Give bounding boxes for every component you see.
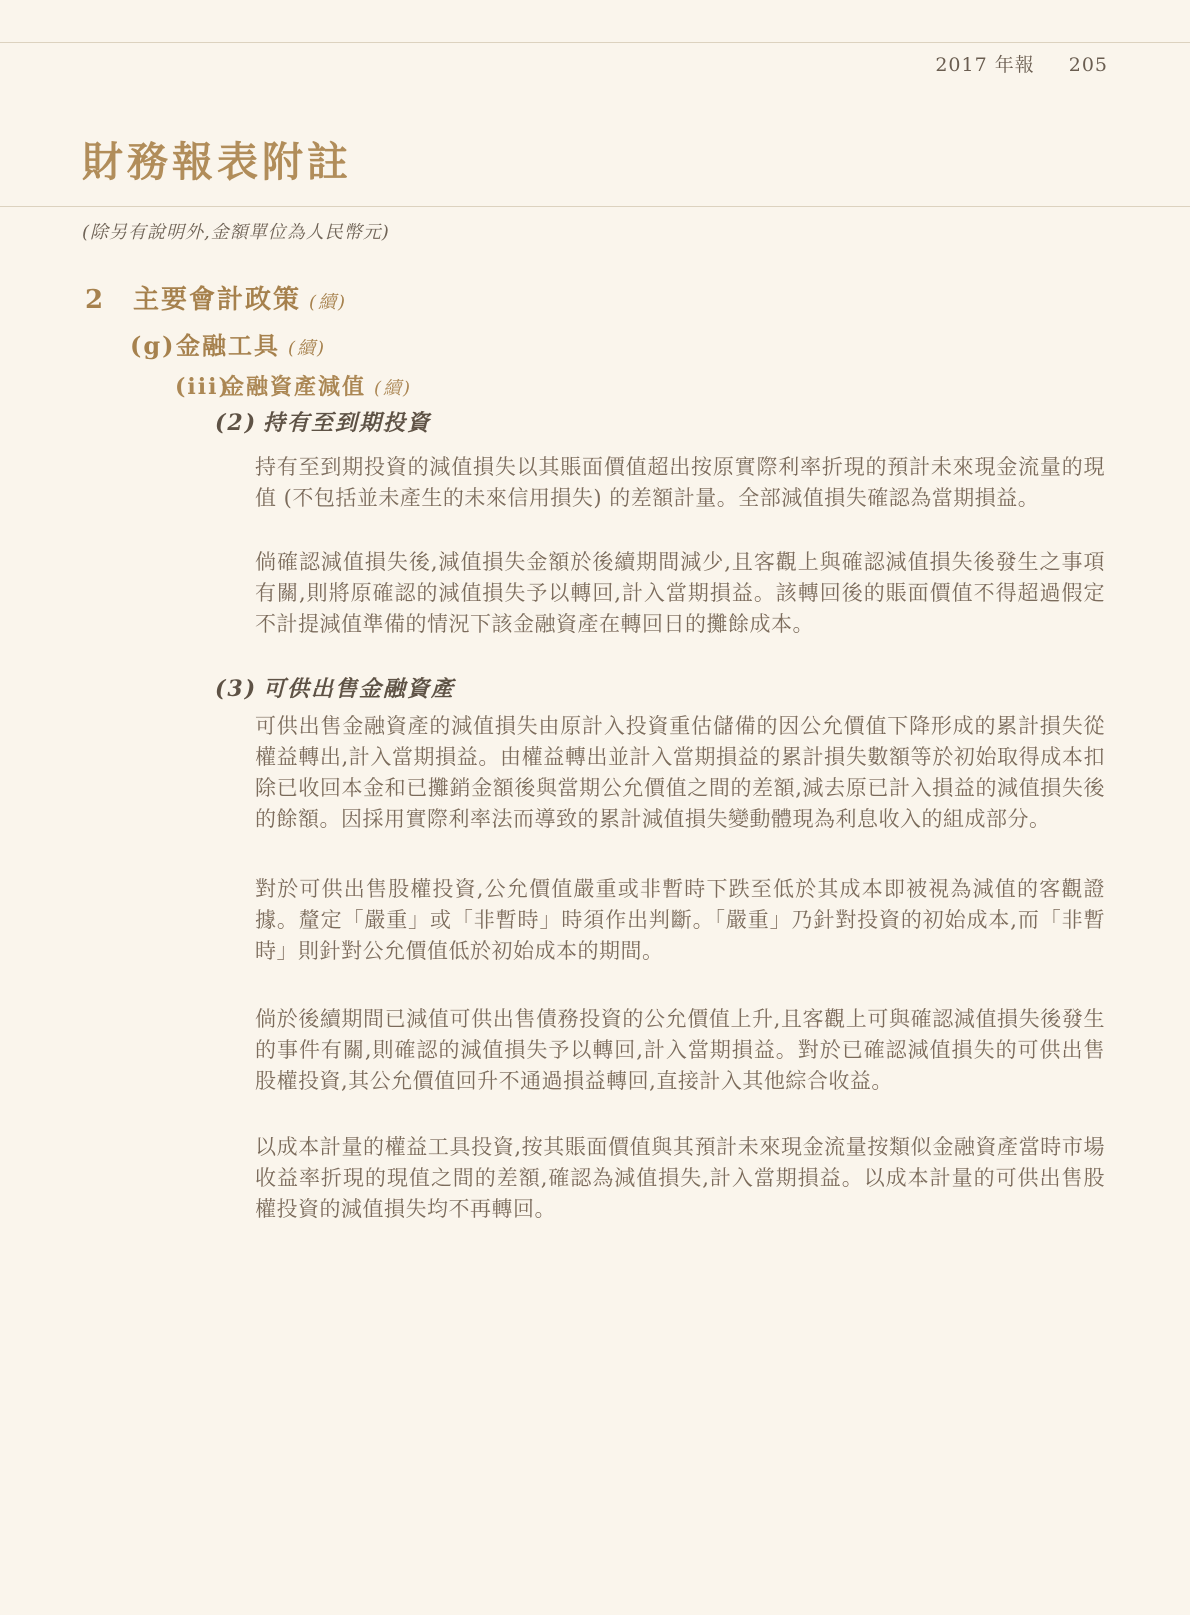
document-title: 財務報表附註: [82, 140, 352, 185]
subsection-iii-continued-tag: (續): [374, 374, 412, 400]
header-divider: [0, 42, 1190, 43]
page-number: 205: [1069, 54, 1108, 76]
subsection-g-title: 金融工具: [176, 326, 280, 361]
subsection-iii-heading: (iii) 金融資產減值 (續): [0, 370, 1105, 401]
currency-note: (除另有說明外,金額單位為人民幣元): [82, 218, 390, 244]
item-2-heading: (2) 持有至到期投資: [0, 406, 1105, 437]
item-3-paragraph-4: 以成本計量的權益工具投資,按其賬面價值與其預計未來現金流量按類似金融資產當時市場…: [255, 1132, 1105, 1225]
item-2-label: (2): [215, 410, 263, 436]
page-header: 2017 年報205: [935, 50, 1108, 77]
item-2-paragraph-2: 倘確認減值損失後,減值損失金額於後續期間減少,且客觀上與確認減值損失後發生之事項…: [255, 547, 1105, 640]
section-2-heading: 2 主要會計政策 (續): [0, 279, 1105, 316]
item-3-label: (3): [215, 676, 263, 702]
item-3-paragraph-3: 倘於後續期間已減值可供出售債務投資的公允價值上升,且客觀上可與確認減值損失後發生…: [255, 1004, 1105, 1097]
subsection-iii-label: (iii): [175, 374, 222, 400]
subsection-g-label: (g): [130, 331, 176, 360]
item-2-paragraph-1: 持有至到期投資的減值損失以其賬面價值超出按原實際利率折現的預計未來現金流量的現值…: [255, 452, 1105, 514]
section-2-continued-tag: (續): [309, 288, 347, 314]
section-2-number: 2: [85, 285, 133, 315]
report-year-label: 2017 年報: [935, 54, 1034, 76]
subsection-g-continued-tag: (續): [288, 334, 326, 360]
item-2-title: 持有至到期投資: [263, 406, 431, 437]
item-3-title: 可供出售金融資產: [263, 672, 455, 703]
report-page: 2017 年報205 財務報表附註 (除另有說明外,金額單位為人民幣元) 2 主…: [0, 0, 1190, 1615]
subsection-iii-title: 金融資產減值: [222, 370, 366, 401]
subsection-g-heading: (g) 金融工具 (續): [0, 326, 1105, 361]
item-3-heading: (3) 可供出售金融資產: [0, 672, 1105, 703]
section-2-title: 主要會計政策: [133, 279, 301, 316]
item-3-paragraph-2: 對於可供出售股權投資,公允價值嚴重或非暫時下跌至低於其成本即被視為減值的客觀證據…: [255, 874, 1105, 967]
item-3-paragraph-1: 可供出售金融資產的減值損失由原計入投資重估儲備的因公允價值下降形成的累計損失從權…: [255, 711, 1105, 835]
title-divider: [0, 206, 1190, 207]
